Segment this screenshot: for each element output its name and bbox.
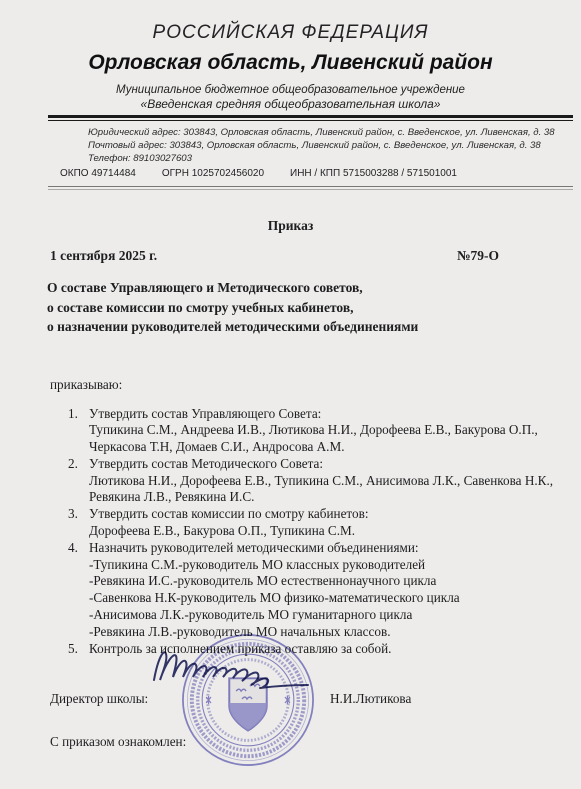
item-number: 4. (68, 540, 89, 641)
decree-word: приказываю: (50, 377, 581, 393)
item-number: 1. (68, 406, 89, 456)
letterhead-country: РОССИЙСКАЯ ФЕДЕРАЦИЯ (0, 22, 581, 44)
item-line: Утвердить состав Методического Совета: (89, 456, 567, 473)
item-line: Утвердить состав комиссии по смотру каби… (89, 506, 567, 523)
letterhead-divider (48, 115, 573, 121)
item-line: -Ревякина И.С.-руководитель МО естествен… (89, 573, 567, 590)
item-line: Ревякина Л.В., Ревякина И.С. (89, 489, 567, 506)
item-line: Назначить руководителей методическими об… (89, 540, 567, 557)
date-number-row: 1 сентября 2025 г. №79-О (50, 248, 499, 264)
ogrn-code: ОГРН 1025702456020 (162, 168, 264, 179)
acknowledged-label: С приказом ознакомлен: (50, 734, 186, 749)
subject-line: о составе комиссии по смотру учебных каб… (47, 298, 541, 318)
item-line: -Анисимова Л.К.-руководитель МО гуманита… (89, 607, 567, 624)
item-text: Назначить руководителей методическими об… (89, 540, 567, 641)
item-line: Дорофеева Е.В., Бакурова О.П., Тупикина … (89, 523, 567, 540)
item-text: Утвердить состав Управляющего Совета: Ту… (89, 406, 567, 456)
director-label: Директор школы: (50, 691, 162, 707)
order-item-2: 2. Утвердить состав Методического Совета… (68, 456, 567, 506)
director-name: Н.И.Лютикова (330, 691, 411, 707)
registration-codes: ОКПО 49714484 ОГРН 1025702456020 ИНН / К… (60, 168, 571, 179)
item-number: 3. (68, 506, 89, 540)
item-line: Утвердить состав Управляющего Совета: (89, 406, 567, 423)
inn-kpp-code: ИНН / КПП 5715003288 / 571501001 (290, 168, 457, 179)
document-type-title: Приказ (0, 218, 581, 234)
letterhead-org-name: «Введенская средняя общеобразовательная … (0, 97, 581, 111)
item-line: Черкасова Т.Н, Домаев С.И., Андросова А.… (89, 439, 567, 456)
requisites-divider (48, 186, 573, 190)
director-handwritten-signature (148, 640, 336, 702)
item-line: -Савенкова Н.К-руководитель МО физико-ма… (89, 590, 567, 607)
item-text: Утвердить состав комиссии по смотру каби… (89, 506, 567, 540)
item-number: 2. (68, 456, 89, 506)
item-line: -Тупикина С.М.-руководитель МО классных … (89, 557, 567, 574)
order-item-3: 3. Утвердить состав комиссии по смотру к… (68, 506, 567, 540)
requisites-block: Юридический адрес: 303843, Орловская обл… (88, 126, 571, 165)
order-number: №79-О (457, 248, 499, 264)
legal-address: Юридический адрес: 303843, Орловская обл… (88, 126, 571, 139)
subject-line: о назначении руководителей методическими… (47, 317, 541, 337)
letterhead-region: Орловская область, Ливенский район (0, 51, 581, 75)
scanned-order-document: РОССИЙСКАЯ ФЕДЕРАЦИЯ Орловская область, … (0, 0, 581, 789)
item-line: Тупикина С.М., Андреева И.В., Лютикова Н… (89, 422, 567, 439)
phone: Телефон: 89103027603 (88, 152, 571, 165)
subject-line: О составе Управляющего и Методического с… (47, 278, 541, 298)
order-subject: О составе Управляющего и Методического с… (47, 278, 541, 337)
order-date: 1 сентября 2025 г. (50, 248, 157, 264)
order-item-4: 4. Назначить руководителей методическими… (68, 540, 567, 641)
letterhead-org-type: Муниципальное бюджетное общеобразователь… (0, 84, 581, 96)
item-line: -Ревякина Л.В.-руководитель МО начальных… (89, 624, 567, 641)
item-line: Лютикова Н.И., Дорофеева Е.В., Тупикина … (89, 473, 567, 490)
order-item-1: 1. Утвердить состав Управляющего Совета:… (68, 406, 567, 456)
postal-address: Почтовый адрес: 303843, Орловская област… (88, 139, 571, 152)
item-number: 5. (68, 641, 89, 658)
order-items-list: 1. Утвердить состав Управляющего Совета:… (68, 406, 567, 658)
okpo-code: ОКПО 49714484 (60, 168, 136, 179)
item-text: Утвердить состав Методического Совета: Л… (89, 456, 567, 506)
